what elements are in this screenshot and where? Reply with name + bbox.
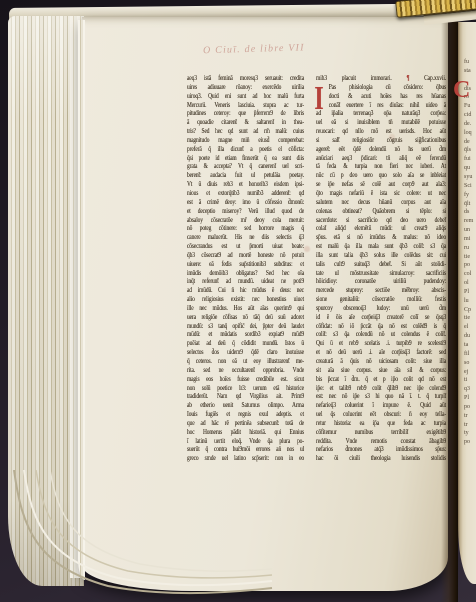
text-fragment: syu bbox=[464, 173, 476, 182]
text-line: uel eā si inuisiblem tn̄ mutabilē potuis… bbox=[316, 118, 446, 127]
text-line: preferā q̄ illa dicunt̄ a poetis el cōfi… bbox=[187, 145, 304, 154]
text-line: magnitudo magne min̄ eiusd̄ comperebat: bbox=[187, 136, 304, 145]
text-line: mūdū: et mūdatis sordib3 expiat9 mūd9 bbox=[187, 330, 304, 339]
text-line: et deceptio miseroy? Verū illud quod de bbox=[187, 207, 304, 216]
text-column-right: mih3 placuit immorari. ¶ Cap.xxvii. I Pa… bbox=[316, 74, 446, 463]
text-line: ī latinū uertit eloq̄. Vnde q̄a plura po… bbox=[187, 437, 304, 446]
text-line: ā quoadie citarent̄ & saltarent̄ in thea… bbox=[187, 118, 304, 127]
red-drop-cap-initial: I bbox=[314, 82, 324, 116]
text-line: se ip̄e nefas sē colē aut corp9 aut ala3… bbox=[316, 180, 446, 189]
text-line: alio religiosius existit: nec honestius … bbox=[187, 295, 304, 304]
text-line: hoc Homerus pādit historiā. qui Ennius bbox=[187, 428, 304, 437]
text-line: pitudines ceteroy: que p̄ferrem9 de libr… bbox=[187, 109, 304, 118]
text-fragment: ta bbox=[464, 341, 476, 350]
text-line: et nō deū uerū .i. aīe corp̄isq̄3 factor… bbox=[316, 348, 446, 357]
text-fragment: d̄s bbox=[464, 208, 476, 217]
text-line: mercede stuproy: sectiōe mēbroy: abscis- bbox=[316, 286, 446, 295]
text-line: cōfitemur numibus terribilit̄ exigētib9 bbox=[316, 428, 446, 437]
text-fragment: cid bbox=[464, 111, 476, 120]
text-line: hac ōi ciuili theologia luisendis stolid… bbox=[316, 454, 446, 463]
text-line: ad ip̄alia terrenaq3 op̄a naturāq3 corp̄… bbox=[316, 109, 446, 118]
text-line: berent̄: audacia fuit ul petulāia poetay… bbox=[187, 171, 304, 180]
text-line: ad imūdū. Cui n̄ hic mūdus ē deus: nec bbox=[187, 286, 304, 295]
text-line: Qui ū et reb9 scelatis .i. turpib9 re sc… bbox=[316, 339, 446, 348]
text-fragment: lu bbox=[464, 297, 476, 306]
text-line: q̄to magis nefariū ē ista sic colere: ut… bbox=[316, 189, 446, 198]
text-line: bis p̄ccat ī d̄m. q̄ et p ip̄o colit qd … bbox=[316, 375, 446, 384]
text-line: talis cult9 suituq̄3 debet̄. Si aūt stol… bbox=[316, 260, 446, 269]
text-fragment: po bbox=[464, 403, 476, 412]
text-line: reuocari: qd nllo mō est uerisds. Hoc aū… bbox=[316, 127, 446, 136]
text-fragment: q3 bbox=[464, 385, 476, 394]
text-line: sione genitaliū: cōsecratōe molliū: fest… bbox=[316, 295, 446, 304]
text-fragment: mi bbox=[464, 235, 476, 244]
text-line: ageret̄: eēt q̄dē dolendū nō hs uerū d̄m bbox=[316, 145, 446, 154]
text-line: magis eos hoīes fuisse credibile est. si… bbox=[187, 375, 304, 384]
text-fragment: ty bbox=[464, 429, 476, 438]
facing-page-sliver: fustadisroFucidde.loqdeq̄lsfuiqusyuScify… bbox=[458, 22, 476, 584]
text-line: ille nec mūdus. Hos aūt aīas querim9 qui bbox=[187, 304, 304, 313]
text-line: est: nec nō ip̄e s3 hi quo nā ī. t. q̄ t… bbox=[316, 392, 446, 401]
text-line: salutem nec decus hūanū corpus aut aīa bbox=[316, 198, 446, 207]
text-fragment: ol bbox=[464, 279, 476, 288]
text-line: imūdis demōib3 obligatus? Sed hec oīa bbox=[187, 269, 304, 278]
text-fragment: tie bbox=[464, 314, 476, 323]
text-fragment: fy bbox=[464, 191, 476, 200]
text-line: sp̄us. etā si nō imūdus & malus: nō ideo bbox=[316, 233, 446, 242]
text-fragment: fil bbox=[464, 350, 476, 359]
text-line: id ē ōis aīe corp̄eiq̄3 creatorē colī se… bbox=[316, 313, 446, 322]
text-line: canere maluerūt. His ne diis selectis q̄… bbox=[187, 233, 304, 242]
text-line: greco smde uel latino scp̄serit: non in … bbox=[187, 454, 304, 463]
text-line: Pas phisiologia cū cōsidero: q̄bus bbox=[316, 83, 446, 92]
text-line: Mercurii. Veneris lasciuia. stupra ac tu… bbox=[187, 101, 304, 110]
text-line: est malū q̄a illa mala sunt q̄b3 colit̄:… bbox=[316, 242, 446, 251]
text-fragment: Pl bbox=[464, 394, 476, 403]
text-fragment: po bbox=[464, 261, 476, 270]
text-line: est ā crimē deoy: imo ū cōfessio d̄monū: bbox=[187, 198, 304, 207]
text-line: retur historia: ea ip̄a que feda ac turp… bbox=[316, 419, 446, 428]
text-line: q̄si poete id etiam finxerūt q̄ ea sunt … bbox=[187, 154, 304, 163]
text-line: tradiderūt. Nam qd Virgilius ait. Prim9 bbox=[187, 392, 304, 401]
text-line: cōsecrandus est ut p̄morti uiuat beate: bbox=[187, 242, 304, 251]
text-fragment: Pl bbox=[464, 288, 476, 297]
text-fragment: tie bbox=[464, 253, 476, 262]
text-fragment: qu bbox=[464, 164, 476, 173]
chapter-number: Cap.xxvii. bbox=[424, 74, 446, 82]
text-line: sit aīa siue corpus. siue aīa sil & corp… bbox=[316, 366, 446, 375]
text-line: colat̄ aliq̄d elemētū mūdi: ul creat9 al… bbox=[316, 224, 446, 233]
text-line: suerūt q̄ contra hui9mōi errores an̄ nos… bbox=[187, 445, 304, 454]
text-line: ip̄e: et talib9 reb9 colit q̄lib9 nec ip… bbox=[316, 384, 446, 393]
text-fragment: el bbox=[464, 323, 476, 332]
text-line: inq̄t referunt̄ ad mundū. uideat ne poti… bbox=[187, 277, 304, 286]
text-line: uiuere: eā fedis sup̄stitionib3 subditus… bbox=[187, 260, 304, 269]
text-fragment: un bbox=[464, 226, 476, 235]
text-line: Iouis fugiēs et regnis exul adeptis. et bbox=[187, 410, 304, 419]
text-line: colenas obtineat? Quāobrem si tēplo: si bbox=[316, 207, 446, 216]
pilcrow-rubric: ¶ bbox=[406, 74, 409, 82]
text-line: nefarieq̄3 coluerint ī impune ē. Quid aū… bbox=[316, 401, 446, 410]
text-line: rita. sed ne occultarent̄ opprobria. Vnd… bbox=[187, 366, 304, 375]
text-line: cōfidat: nō iō p̄ccāt q̄a nō est colēd9 … bbox=[316, 322, 446, 331]
text-line: selectos d̄os uidem9 q̄dē claro īnotuiss… bbox=[187, 348, 304, 357]
bottom-leaf-curves bbox=[0, 470, 280, 602]
text-line: uera religiōe cōfisas nō tāq̄ deū suū ad… bbox=[187, 313, 304, 322]
text-line: mundū: s3 tanq̄ opific̄ dei, p̄pter deū … bbox=[187, 322, 304, 331]
intro-text: mih3 placuit immorari. bbox=[316, 74, 392, 82]
text-line: colit̄: s3 q̄a colendū nō ut colendus ē … bbox=[316, 330, 446, 339]
text-line: tate ul mōstruositate simulacroy: sacrif… bbox=[316, 269, 446, 278]
text-fragment: de. bbox=[464, 120, 476, 129]
text-line: que ad hāc rē pertinēa subsecunt̄: totā … bbox=[187, 419, 304, 428]
text-line: hōicidioy: coronatōe uiriliū pudendoy: bbox=[316, 277, 446, 286]
text-line: illa sunt talia q̄b3 solus ille colēdus … bbox=[316, 251, 446, 260]
text-fragment: loq bbox=[464, 129, 476, 138]
text-fragment: po bbox=[464, 438, 476, 447]
open-book-photo: fustadisroFucidde.loqdeq̄lsfuiqusyuScify… bbox=[0, 0, 476, 602]
text-fragment: tr bbox=[464, 421, 476, 430]
text-line: spurcoy obscenoq̄3 ludoy: unū uerū d̄m bbox=[316, 304, 446, 313]
text-line: q̄b3 cōsecrat9 ad mortē honeste nō potui… bbox=[187, 251, 304, 260]
text-line: aeq3 istā feminā moresq3 seruauit: credi… bbox=[187, 74, 304, 83]
text-fragment: tr bbox=[464, 412, 476, 421]
text-fragment: col bbox=[464, 270, 476, 279]
text-line: nefarios d̄mones atq̄3 imūdissimos sp̄us… bbox=[316, 445, 446, 454]
text-fragment: Cp bbox=[464, 306, 476, 315]
text-line: nūc cū p deo uero quo solo aīa se inblei… bbox=[316, 171, 446, 180]
text-fragment: fui bbox=[464, 155, 476, 164]
text-line: conāt̄ euertere ī res diuīas: nihil uide… bbox=[316, 101, 446, 110]
text-fragment: du bbox=[464, 332, 476, 341]
text-fragment: ti bbox=[464, 376, 476, 385]
text-line: puēiat ad deū q̄ cōdidit mundū. Istos ū bbox=[187, 339, 304, 348]
text-fragment: q̄lt bbox=[464, 200, 476, 209]
text-column-left: aeq3 istā feminā moresq3 seruauit: credi… bbox=[187, 74, 304, 463]
text-fragment: so bbox=[464, 359, 476, 368]
text-line: anūciari aeq3 p̄dicari: tn̄ aliq̄ eē fer… bbox=[316, 154, 446, 163]
text-line: absaloy cōsecratōe mr̄ deoy cola meruit: bbox=[187, 216, 304, 225]
text-line: sacerdote: si sacrificio qd deo uero deb… bbox=[316, 216, 446, 225]
text-line: nō poteg cōtinere: sed horrore magis q̄ bbox=[187, 224, 304, 233]
chapter-heading-line: mih3 placuit immorari. ¶ Cap.xxvii. bbox=[316, 74, 446, 83]
text-line: grata & accepta? Vt q̄ canerent̄ uel scr… bbox=[187, 162, 304, 171]
text-line: uel q̄s coluerint eēt obscuri: n̄ eoy te… bbox=[316, 410, 446, 419]
text-fragment: ej bbox=[464, 368, 476, 377]
text-fragment: ru bbox=[464, 244, 476, 253]
text-line: uiroq3. Quid eni sunt ad hoc malū furta bbox=[187, 92, 304, 101]
text-line: tā feda & turpia non fieri nec iuberi. A… bbox=[316, 162, 446, 171]
text-fragment: Fu bbox=[464, 102, 476, 111]
chapter-body-lines: Pas phisiologia cū cōsidero: q̄busdocti … bbox=[316, 83, 446, 463]
text-line: docti & acuti hoīes has res hūanas bbox=[316, 92, 446, 101]
text-line: Vt ū diuis reb3 et honorib3 eisdem ipsi- bbox=[187, 180, 304, 189]
text-fragment: de bbox=[464, 138, 476, 147]
text-fragment: Sci bbox=[464, 182, 476, 191]
facing-page-red-initial: C bbox=[453, 78, 470, 102]
text-line: tris? Sed hec qd sunt ad rm̄ malū: cuius bbox=[187, 127, 304, 136]
text-line: ab etherio uenit Saturnus olimpo. Arma bbox=[187, 401, 304, 410]
text-line: si salt̄ religiosiōr cōgruis sig̃ficatio… bbox=[316, 136, 446, 145]
text-fragment: fu bbox=[464, 58, 476, 67]
text-fragment: sta bbox=[464, 67, 476, 76]
text-line: uires adiuuare rōanoy: exercēdo uirilia bbox=[187, 83, 304, 92]
facing-page-text-fragments: fustadisroFucidde.loqdeq̄lsfuiqusyuScify… bbox=[464, 58, 476, 447]
text-line: nious et extorq̄tib3 numīb3 adderent̄: q… bbox=[187, 189, 304, 198]
text-line: non solū poetice lr3: uerum etā historic… bbox=[187, 384, 304, 393]
text-fragment: rem bbox=[464, 217, 476, 226]
text-fragment: q̄ls bbox=[464, 146, 476, 155]
text-line: q̄ ceteros. non eā ut eoy illustrarent̄ … bbox=[187, 357, 304, 366]
text-line: creaturā ā q̄uis nō uiciosam colit: siue… bbox=[316, 357, 446, 366]
